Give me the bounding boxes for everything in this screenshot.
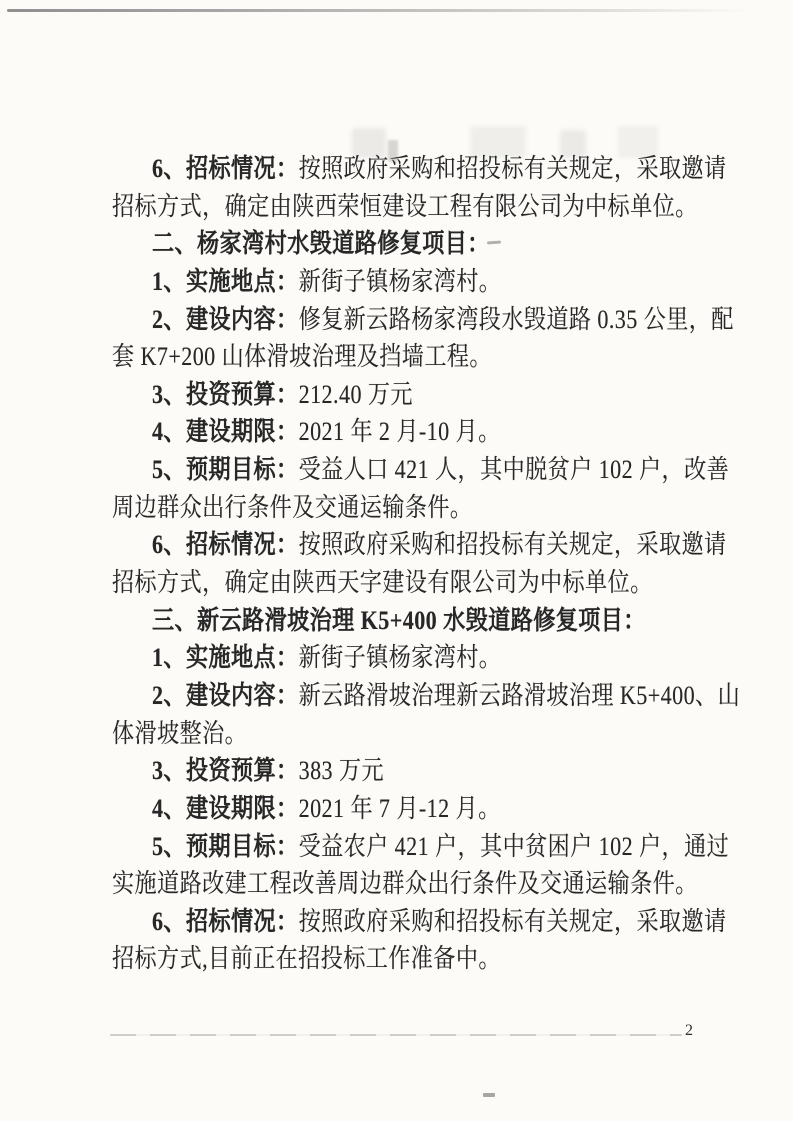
line-text: 新街子镇杨家湾村。 (299, 267, 502, 296)
line-text: 受益农户 421 户，其中贫困户 102 户，通过 (299, 832, 730, 861)
document-line: 招标方式,目前正在招投标工作准备中。 (112, 940, 712, 978)
document-line: 5、预期目标：受益人口 421 人，其中脱贫户 102 户，改善 (112, 451, 712, 489)
page-number: 2 (685, 1022, 693, 1040)
line-label: 2、建设内容： (152, 681, 299, 710)
line-text: 383 万元 (299, 756, 384, 785)
line-text: 新街子镇杨家湾村。 (299, 643, 502, 672)
line-label: 3、投资预算： (152, 380, 299, 409)
document-line: 5、预期目标：受益农户 421 户，其中贫困户 102 户，通过 (112, 828, 712, 866)
line-text: 套 K7+200 山体滑坡治理及挡墙工程。 (112, 342, 492, 371)
line-text: 招标方式，确定由陕西荣恒建设工程有限公司为中标单位。 (112, 192, 698, 221)
line-text: 招标方式,目前正在招投标工作准备中。 (112, 944, 501, 973)
document-line: 6、招标情况：按照政府采购和招投标有关规定，采取邀请 (112, 903, 712, 941)
line-label: 1、实施地点： (152, 643, 299, 672)
document-line: 6、招标情况：按照政府采购和招投标有关规定，采取邀请 (112, 150, 712, 188)
line-text: 受益人口 421 人，其中脱贫户 102 户，改善 (299, 455, 730, 484)
line-label: 4、建设期限： (152, 794, 299, 823)
document-line: 招标方式，确定由陕西荣恒建设工程有限公司为中标单位。 (112, 188, 712, 226)
line-text: 周边群众出行条件及交通运输条件。 (112, 493, 472, 522)
line-text: 2021 年 2 月-10 月。 (299, 417, 501, 446)
line-text: 体滑坡整治。 (112, 719, 247, 748)
line-label: 5、预期目标： (152, 832, 299, 861)
line-label: 6、招标情况： (152, 530, 299, 559)
document-line: 体滑坡整治。 (112, 715, 712, 753)
line-text: 修复新云路杨家湾段水毁道路 0.35 公里，配 (299, 305, 734, 334)
section-heading-text: 二、杨家湾村水毁道路修复项目： (152, 229, 490, 258)
line-label: 2、建设内容： (152, 305, 299, 334)
line-label: 5、预期目标： (152, 455, 299, 484)
section-heading: 二、杨家湾村水毁道路修复项目： (112, 225, 712, 263)
ink-smudge-artifact (483, 1093, 495, 1097)
line-label: 1、实施地点： (152, 267, 299, 296)
document-line: 4、建设期限：2021 年 2 月-10 月。 (112, 413, 712, 451)
line-text: 按照政府采购和招投标有关规定，采取邀请 (299, 154, 727, 183)
line-label: 6、招标情况： (152, 907, 299, 936)
document-line: 周边群众出行条件及交通运输条件。 (112, 489, 712, 527)
document-line: 3、投资预算：212.40 万元 (112, 376, 712, 414)
document-line: 实施道路改建工程改善周边群众出行条件及交通运输条件。 (112, 865, 712, 903)
line-text: 招标方式，确定由陕西天字建设有限公司为中标单位。 (112, 568, 653, 597)
line-text: 212.40 万元 (299, 380, 413, 409)
document-line: 1、实施地点：新街子镇杨家湾村。 (112, 263, 712, 301)
line-text: 2021 年 7 月-12 月。 (299, 794, 501, 823)
document-line: 招标方式，确定由陕西天字建设有限公司为中标单位。 (112, 564, 712, 602)
document-line: 1、实施地点：新街子镇杨家湾村。 (112, 639, 712, 677)
line-label: 4、建设期限： (152, 417, 299, 446)
document-line: 6、招标情况：按照政府采购和招投标有关规定，采取邀请 (112, 526, 712, 564)
scanned-document-page: 6、招标情况：按照政府采购和招投标有关规定，采取邀请 招标方式，确定由陕西荣恒建… (0, 0, 793, 1121)
footer-rule (110, 1034, 682, 1036)
scan-edge-artifact (7, 9, 763, 12)
line-label: 3、投资预算： (152, 756, 299, 785)
document-line: 2、建设内容：修复新云路杨家湾段水毁道路 0.35 公里，配 (112, 301, 712, 339)
line-text: 新云路滑坡治理新云路滑坡治理 K5+400、山 (299, 681, 741, 710)
document-line: 套 K7+200 山体滑坡治理及挡墙工程。 (112, 338, 712, 376)
line-text: 按照政府采购和招投标有关规定，采取邀请 (299, 907, 727, 936)
document-body: 6、招标情况：按照政府采购和招投标有关规定，采取邀请 招标方式，确定由陕西荣恒建… (112, 150, 712, 978)
line-text: 按照政府采购和招投标有关规定，采取邀请 (299, 530, 727, 559)
section-heading: 三、新云路滑坡治理 K5+400 水毁道路修复项目： (112, 602, 712, 640)
line-label: 6、招标情况： (152, 154, 299, 183)
section-heading-text: 三、新云路滑坡治理 K5+400 水毁道路修复项目： (152, 606, 646, 635)
document-line: 4、建设期限：2021 年 7 月-12 月。 (112, 790, 712, 828)
document-line: 2、建设内容：新云路滑坡治理新云路滑坡治理 K5+400、山 (112, 677, 712, 715)
document-line: 3、投资预算：383 万元 (112, 752, 712, 790)
line-text: 实施道路改建工程改善周边群众出行条件及交通运输条件。 (112, 869, 698, 898)
